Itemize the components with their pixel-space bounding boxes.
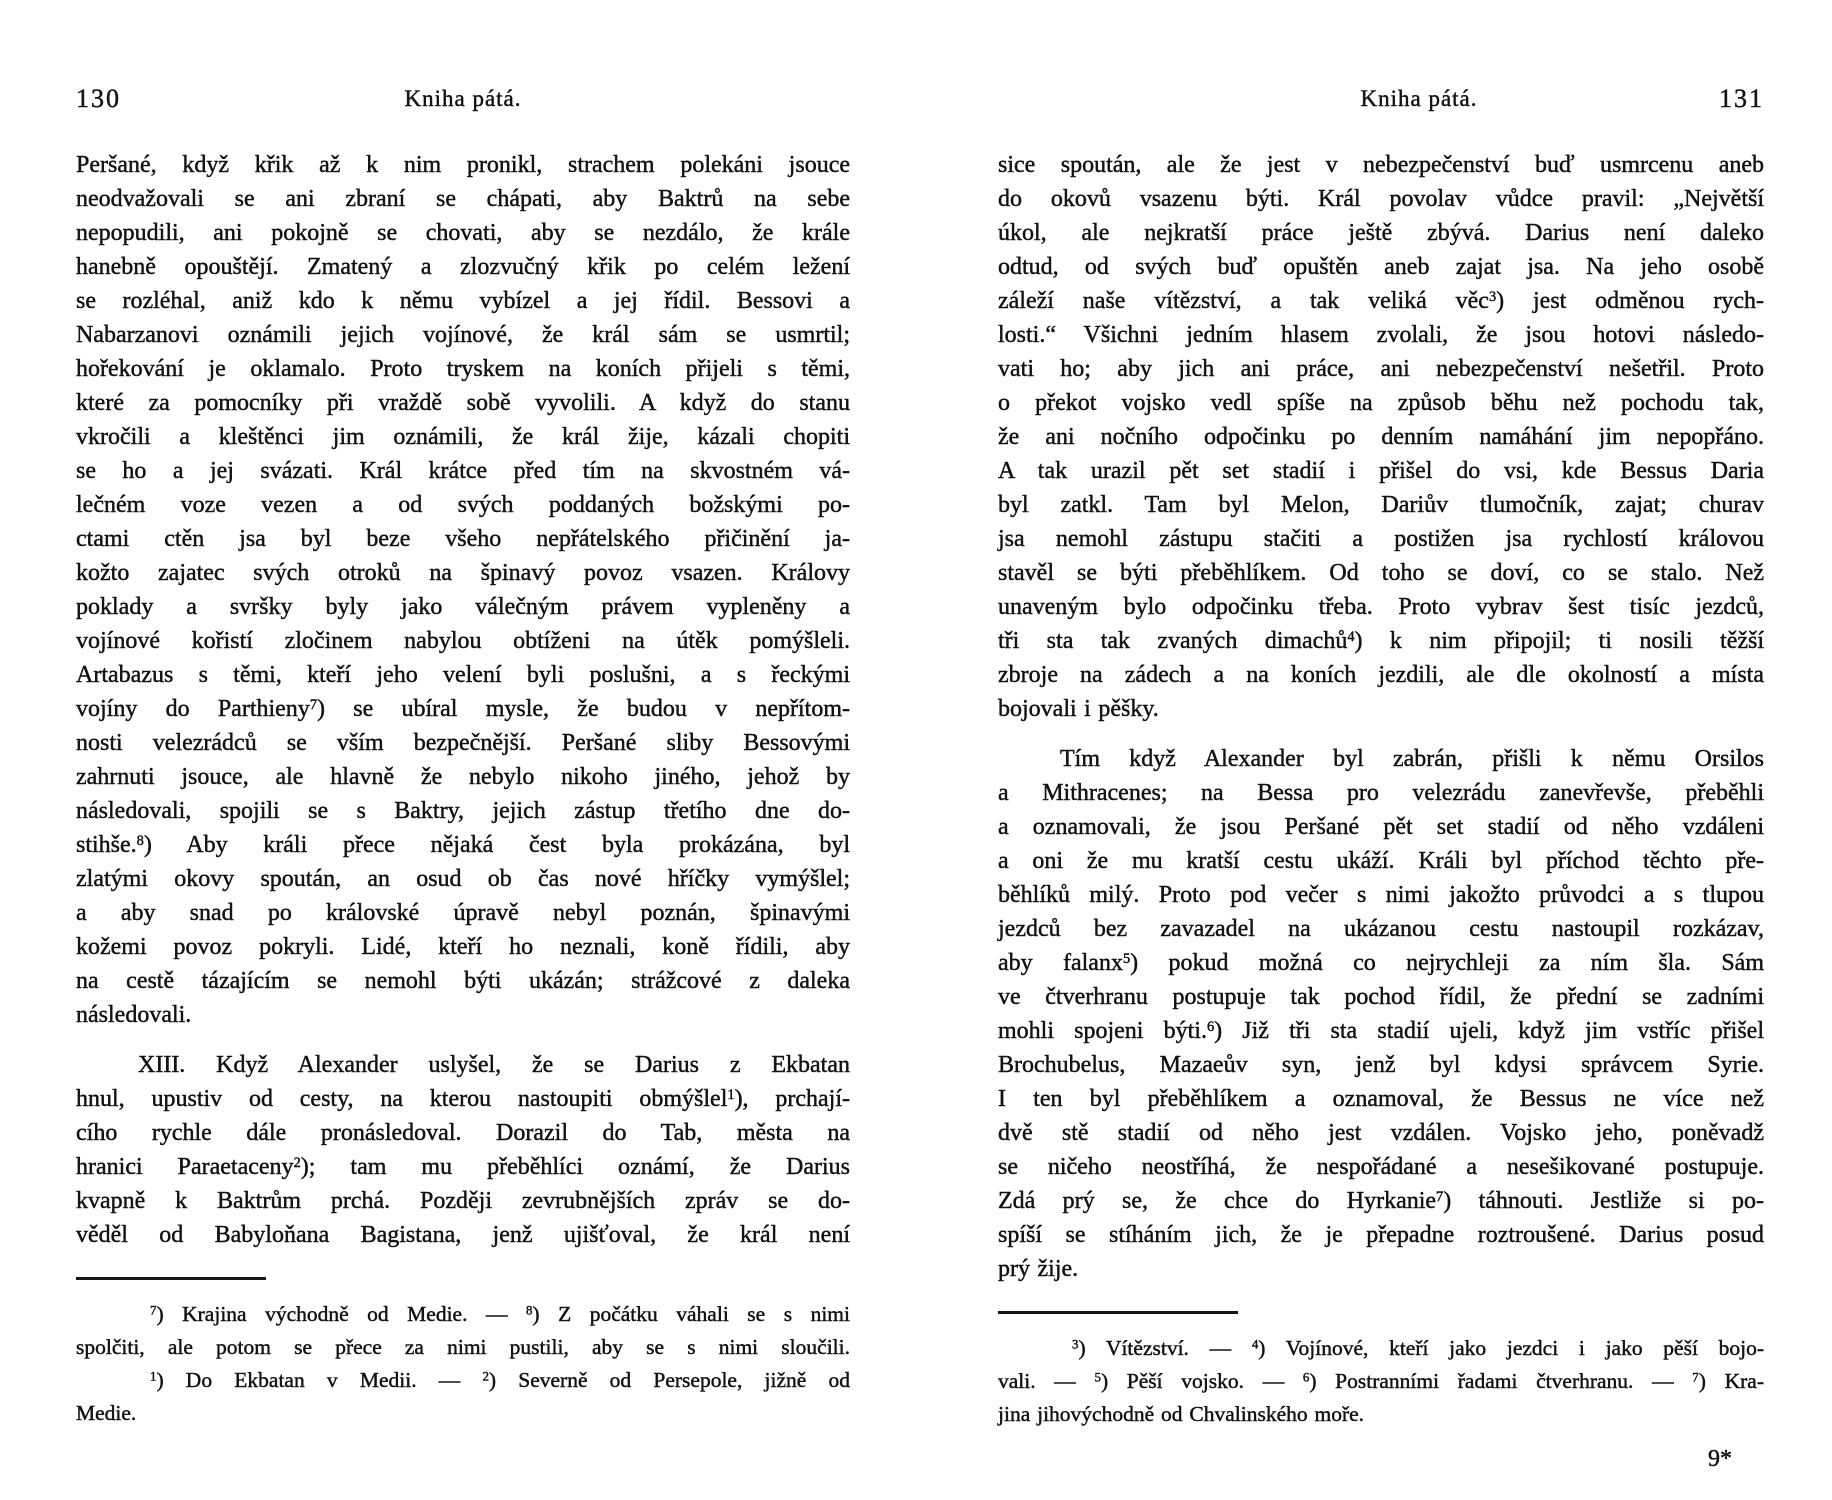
- paragraph: Peršané, když křik až k nim pronikl, str…: [76, 148, 850, 1032]
- text-line: věděl od Babyloňana Bagistana, jenž ujiš…: [76, 1218, 850, 1252]
- text-line: unaveným bylo odpočinku třeba. Proto vyb…: [998, 590, 1764, 624]
- text-line: Zdá prý se, že chce do Hyrkanie7) táhnou…: [998, 1184, 1764, 1218]
- text-line: spíší se stíháním jich, že je přepadne r…: [998, 1218, 1764, 1252]
- text-line: 7) Krajina východně od Medie. — 8) Z poč…: [76, 1298, 850, 1331]
- running-title-right: Kniha pátá.: [1036, 84, 1802, 114]
- text-line: a aby snad po královské úpravě nebyl poz…: [76, 896, 850, 930]
- text-line: a Mithracenes; na Bessa pro velezrádu za…: [998, 776, 1764, 810]
- text-line: A tak urazil pět set stadií i přišel do …: [998, 454, 1764, 488]
- text-line: následovali.: [76, 998, 850, 1032]
- text-line: Nabarzanovi oznámili jejich vojínové, že…: [76, 318, 850, 352]
- footnote-separator-left: [76, 1277, 266, 1280]
- text-line: nepopudili, ani pokojně se chovati, aby …: [76, 216, 850, 250]
- text-line: záleží naše vítězství, a tak veliká věc3…: [998, 284, 1764, 318]
- text-line: zahrnuti jsouce, ale hlavně že nebylo ni…: [76, 760, 850, 794]
- running-title-left: Kniha pátá.: [76, 84, 850, 114]
- page-number-right: 131: [1719, 84, 1764, 114]
- signature-mark: 9*: [998, 1445, 1764, 1473]
- text-line: ve čtverhranu postupuje tak pochod řídil…: [998, 980, 1764, 1014]
- text-line: se rozléhal, aniž kdo k němu vybízel a j…: [76, 284, 850, 318]
- text-line: kožemi povoz pokryli. Lidé, kteří ho nez…: [76, 930, 850, 964]
- text-line: bojovali i pěšky.: [998, 692, 1764, 726]
- text-line: losti.“ Všichni jedním hlasem zvolali, ž…: [998, 318, 1764, 352]
- paragraph: 1) Do Ekbatan v Medii. — 2) Severně od P…: [76, 1364, 850, 1430]
- text-line: jsa nemohl zástupu stačiti a postižen js…: [998, 522, 1764, 556]
- text-line: 1) Do Ekbatan v Medii. — 2) Severně od P…: [76, 1364, 850, 1397]
- text-line: I ten byl přeběhlíkem a oznamoval, že Be…: [998, 1082, 1764, 1116]
- paragraph: Tím když Alexander byl zabrán, přišli k …: [998, 742, 1764, 1286]
- text-line: vali. — 5) Pěší vojsko. — 6) Postranními…: [998, 1365, 1764, 1398]
- text-line: kvapně k Baktrům prchá. Později zevrubně…: [76, 1184, 850, 1218]
- paragraph: 7) Krajina východně od Medie. — 8) Z poč…: [76, 1298, 850, 1364]
- text-line: Tím když Alexander byl zabrán, přišli k …: [998, 742, 1764, 776]
- text-line: 3) Vítězství. — 4) Vojínové, kteří jako …: [998, 1332, 1764, 1365]
- text-line: aby falanx5) pokud možná co nejrychleji …: [998, 946, 1764, 980]
- text-line: zbroje na zádech a na koních jezdili, al…: [998, 658, 1764, 692]
- text-line: se ho a jej svázati. Král krátce před tí…: [76, 454, 850, 488]
- text-line: běhlíků milý. Proto pod večer s nimi jak…: [998, 878, 1764, 912]
- text-line: že ani nočního odpočinku po denním namáh…: [998, 420, 1764, 454]
- footnote-separator-right: [998, 1311, 1238, 1314]
- text-line: následovali, spojili se s Baktry, jejich…: [76, 794, 850, 828]
- paragraph: 3) Vítězství. — 4) Vojínové, kteří jako …: [998, 1332, 1764, 1431]
- text-line: Artabazus s těmi, kteří jeho velení byli…: [76, 658, 850, 692]
- text-line: dvě stě stadií od něho jest vzdálen. Voj…: [998, 1116, 1764, 1150]
- text-line: mohli spojeni býti.6) Již tři sta stadií…: [998, 1014, 1764, 1048]
- text-line: do okovů vsazenu býti. Král povolav vůdc…: [998, 182, 1764, 216]
- text-line: lečném voze vezen a od svých poddaných b…: [76, 488, 850, 522]
- text-line: vkročili a kleštěnci jim oznámili, že kr…: [76, 420, 850, 454]
- text-line: XIII. Když Alexander uslyšel, že se Dari…: [76, 1048, 850, 1082]
- text-line: spolčiti, ale potom se přece za nimi pus…: [76, 1331, 850, 1364]
- page-left: 130 Kniha pátá. Peršané, když křik až k …: [76, 0, 850, 1430]
- text-line: prý žije.: [998, 1252, 1764, 1286]
- text-line: sice spoután, ale že jest v nebezpečenst…: [998, 148, 1764, 182]
- text-line: neodvažovali se ani zbraní se chápati, a…: [76, 182, 850, 216]
- page-body-left: Peršané, když křik až k nim pronikl, str…: [76, 148, 850, 1252]
- text-line: cího rychle dále pronásledoval. Dorazil …: [76, 1116, 850, 1150]
- text-line: vojínové kořistí zločinem nabylou obtíže…: [76, 624, 850, 658]
- text-line: zlatými okovy spoután, an osud ob čas no…: [76, 862, 850, 896]
- text-line: tři sta tak zvaných dimachů4) k nim přip…: [998, 624, 1764, 658]
- text-line: hořekování je oklamalo. Proto tryskem na…: [76, 352, 850, 386]
- text-line: stavěl se býti přeběhlíkem. Od toho se d…: [998, 556, 1764, 590]
- text-line: odtud, od svých buď opuštěn aneb zajat j…: [998, 250, 1764, 284]
- footnotes-right: 3) Vítězství. — 4) Vojínové, kteří jako …: [998, 1332, 1764, 1431]
- text-line: a oznamovali, že jsou Peršané pět set st…: [998, 810, 1764, 844]
- text-line: Medie.: [76, 1397, 850, 1430]
- text-line: na cestě tázajícím se nemohl býti ukázán…: [76, 964, 850, 998]
- text-line: které za pomocníky při vraždě sobě vyvol…: [76, 386, 850, 420]
- paragraph: sice spoután, ale že jest v nebezpečenst…: [998, 148, 1764, 726]
- text-line: vati ho; aby jich ani práce, ani nebezpe…: [998, 352, 1764, 386]
- page-number-left: 130: [76, 84, 121, 114]
- running-head-right: Kniha pátá. 131: [998, 84, 1764, 114]
- text-line: jina jihovýchodně od Chvalinského moře.: [998, 1398, 1764, 1431]
- text-line: Peršané, když křik až k nim pronikl, str…: [76, 148, 850, 182]
- text-line: poklady a svršky byly jako válečným práv…: [76, 590, 850, 624]
- text-line: o překot vojsko vedl spíše na způsob běh…: [998, 386, 1764, 420]
- running-head-left: 130 Kniha pátá.: [76, 84, 850, 114]
- book-spread: 130 Kniha pátá. Peršané, když křik až k …: [0, 0, 1832, 1500]
- text-line: se ničeho neostříhá, že nespořádané a ne…: [998, 1150, 1764, 1184]
- text-line: kožto zajatec svých otroků na špinavý po…: [76, 556, 850, 590]
- paragraph: XIII. Když Alexander uslyšel, že se Dari…: [76, 1048, 850, 1252]
- text-line: úkol, ale nejkratší práce ještě zbývá. D…: [998, 216, 1764, 250]
- text-line: stihše.8) Aby králi přece nějaká čest by…: [76, 828, 850, 862]
- text-line: ctami ctěn jsa byl beze všeho nepřátelsk…: [76, 522, 850, 556]
- text-line: vojíny do Parthieny7) se ubíral mysle, ž…: [76, 692, 850, 726]
- text-line: hanebně opouštějí. Zmatený a zlozvučný k…: [76, 250, 850, 284]
- page-body-right: sice spoután, ale že jest v nebezpečenst…: [998, 148, 1764, 1286]
- text-line: hnul, upustiv od cesty, na kterou nastou…: [76, 1082, 850, 1116]
- page-right: Kniha pátá. 131 sice spoután, ale že jes…: [998, 0, 1764, 1473]
- text-line: a oni že mu kratší cestu ukáží. Králi by…: [998, 844, 1764, 878]
- text-line: Brochubelus, Mazaeův syn, jenž byl kdysi…: [998, 1048, 1764, 1082]
- text-line: nosti velezrádců se vším bezpečnější. Pe…: [76, 726, 850, 760]
- footnotes-left: 7) Krajina východně od Medie. — 8) Z poč…: [76, 1298, 850, 1430]
- text-line: jezdců bez zavazadel na ukázanou cestu n…: [998, 912, 1764, 946]
- text-line: byl zatkl. Tam byl Melon, Dariův tlumočn…: [998, 488, 1764, 522]
- text-line: hranici Paraetaceny2); tam mu přeběhlíci…: [76, 1150, 850, 1184]
